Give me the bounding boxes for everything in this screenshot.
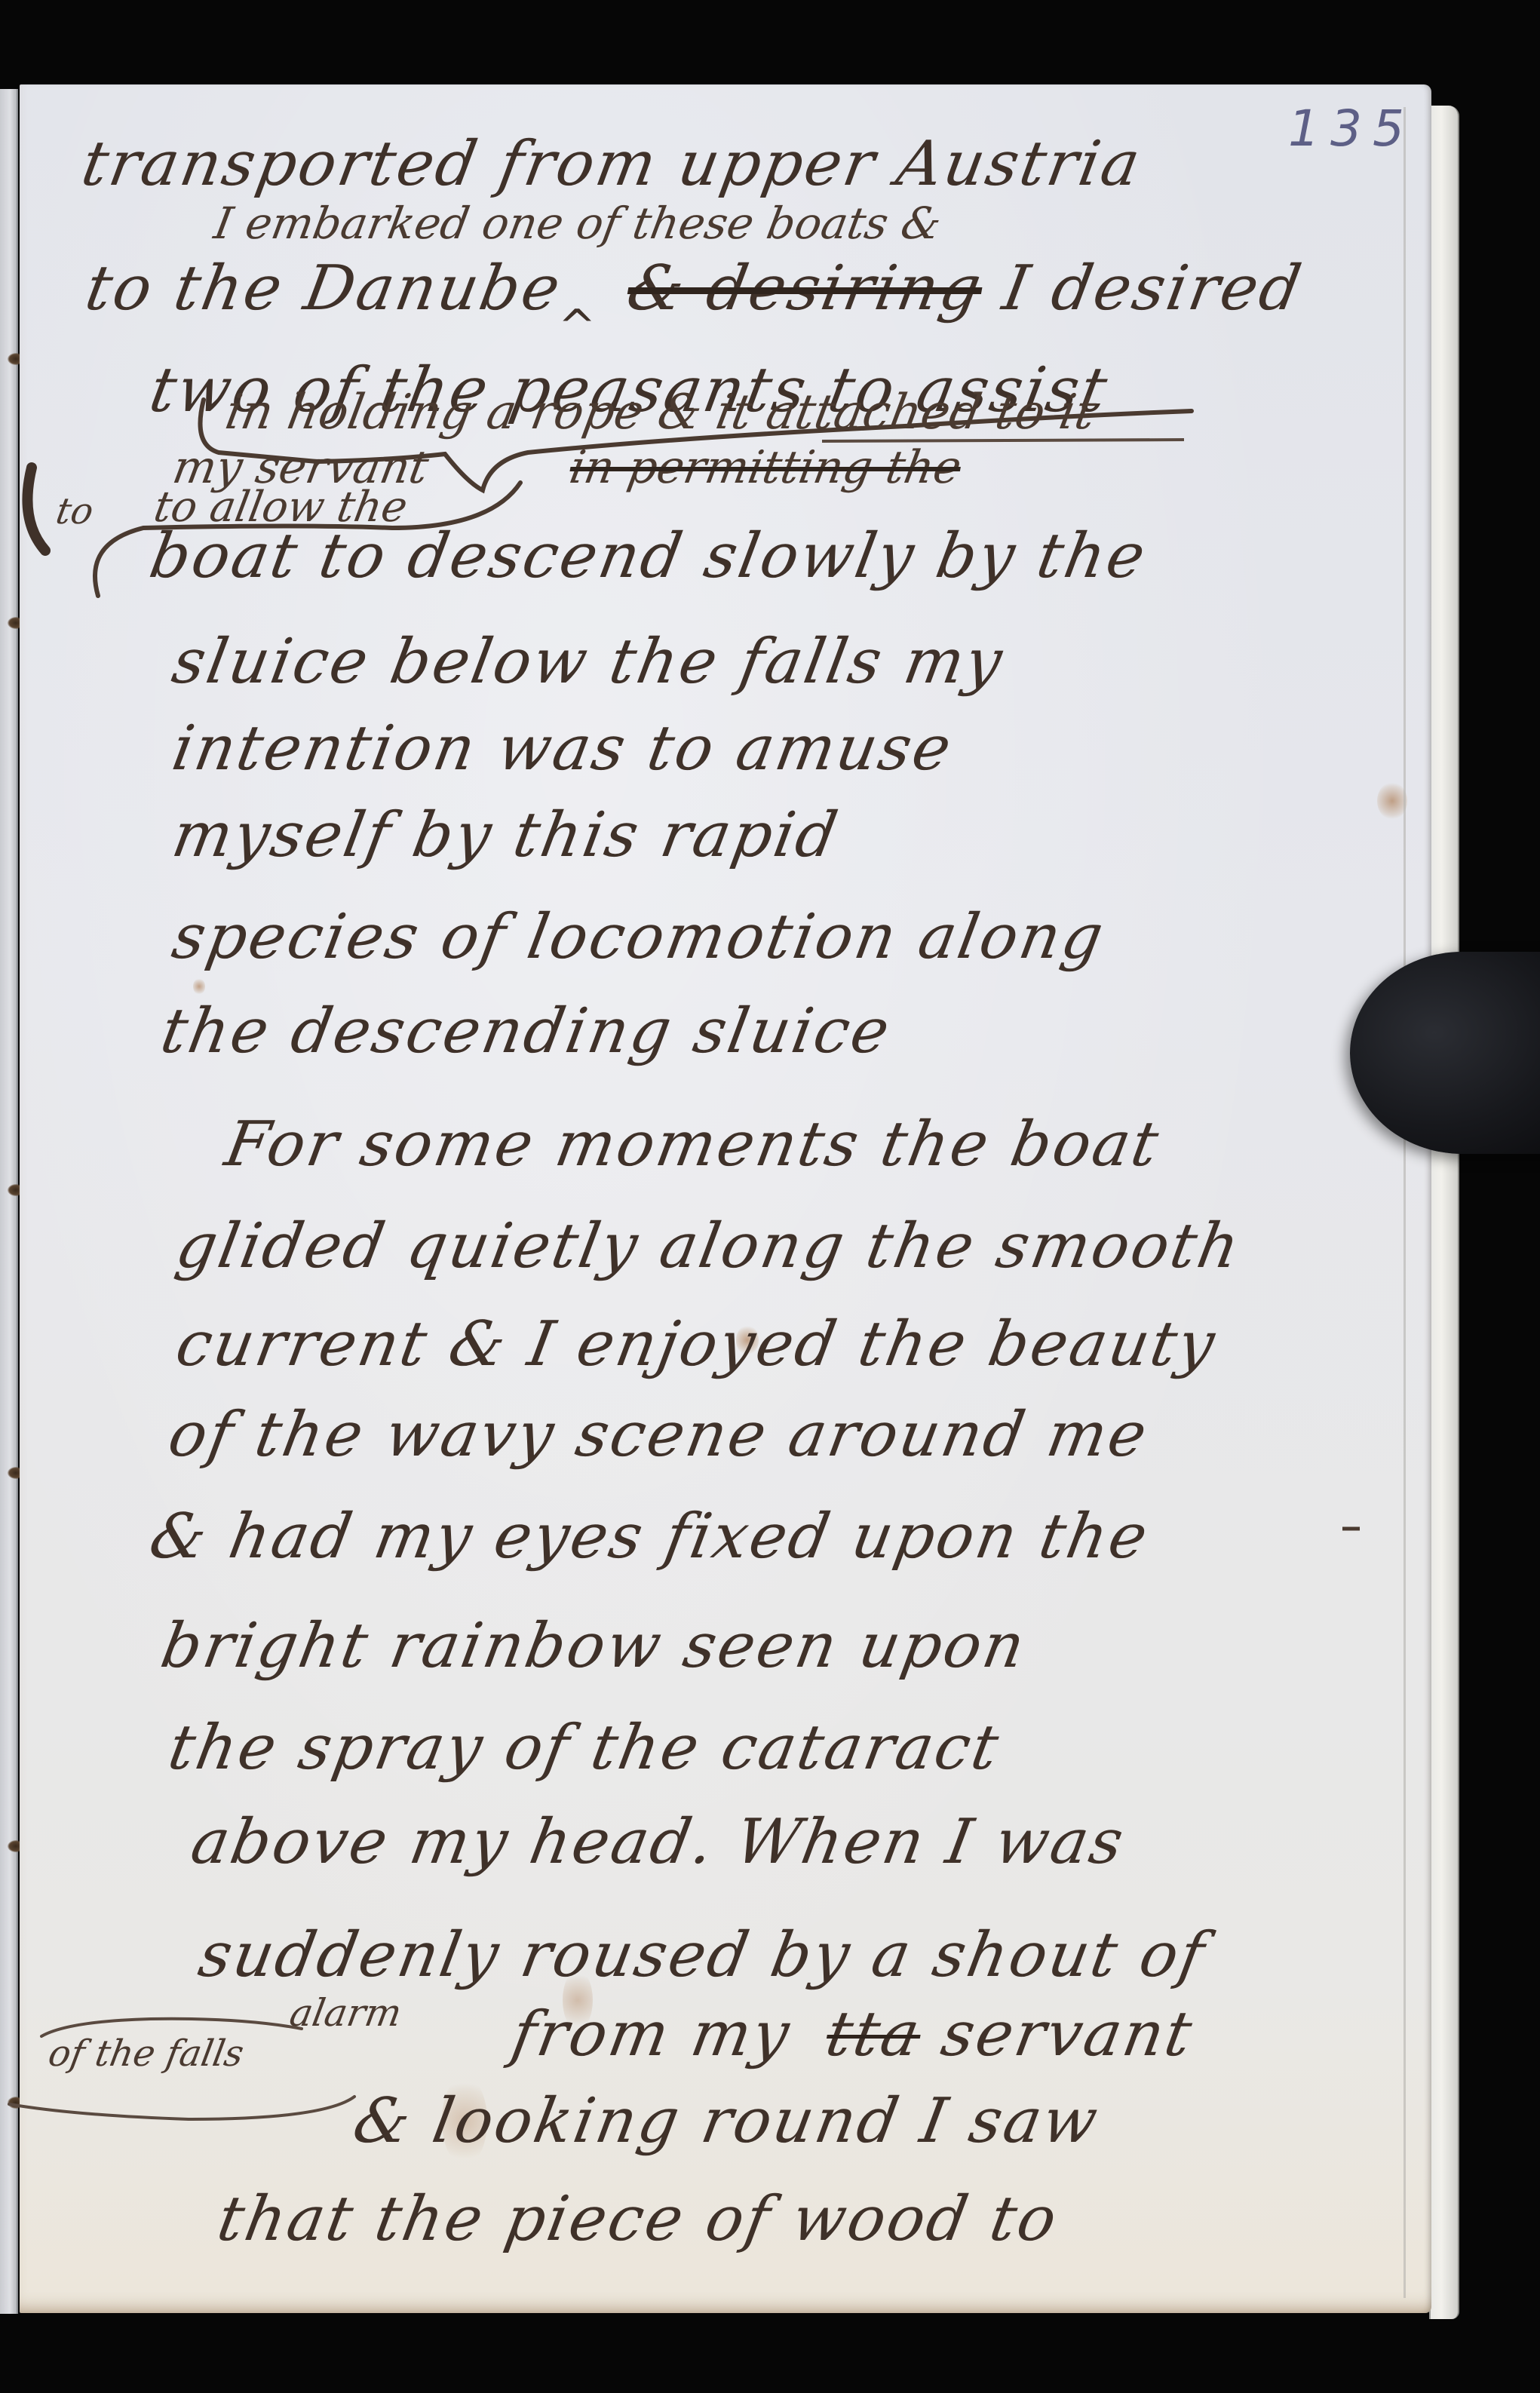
line-text: servant (936, 1999, 1199, 2070)
previous-page-edge (0, 89, 18, 2314)
manuscript-line: that the piece of wood to (213, 2183, 1064, 2255)
struck-text: tta (821, 1999, 928, 2070)
interlinear-insertion: in holding a rope & it attached to it (221, 385, 1100, 440)
foxing-spot (193, 978, 205, 995)
margin-note: to (53, 490, 97, 532)
line-text: to the Danube (81, 253, 568, 324)
manuscript-line: sluice below the falls my (167, 626, 1010, 698)
manuscript-line: of the wavy scene around me (164, 1399, 1155, 1471)
insertion-caret: ^ (558, 300, 596, 353)
manuscript-line: species of locomotion along (167, 901, 1111, 973)
manuscript-line: bright rainbow seen upon (156, 1610, 1032, 1682)
page-number: 135 (1288, 100, 1415, 158)
interlinear-insertion: I embarked one of these boats & (210, 198, 945, 249)
manuscript-line: & had my eyes fixed upon the (145, 1501, 1155, 1572)
foxing-spot (1377, 782, 1407, 820)
margin-note: of the falls (45, 2033, 247, 2075)
struck-text: in permitting the (566, 441, 965, 494)
manuscript-line: myself by this rapid (167, 799, 845, 871)
manuscript-line: transported from upper Austria (77, 128, 1147, 200)
manuscript-line: & looking round I saw (348, 2085, 1105, 2157)
manuscript-line: above my head. When I was (186, 1806, 1131, 1878)
underlying-pages-edge (1429, 106, 1459, 2319)
manuscript-line: For some moments the boat (220, 1109, 1166, 1180)
struck-text: & desiring (622, 253, 989, 324)
manuscript-line: glided quietly along the smooth (171, 1210, 1247, 1282)
scan-stage: 135 I embarked one of these boats & tran… (0, 0, 1540, 2393)
manuscript-line: intention was to amuse (167, 713, 959, 784)
manuscript-line: boat to descend slowly by the (145, 520, 1152, 592)
line-text: from my (507, 1999, 797, 2070)
manuscript-line: the descending sluice (156, 996, 897, 1067)
manuscript-line: from my tta servant (507, 1999, 1199, 2070)
manuscript-line: the spray of the cataract (164, 1712, 1006, 1784)
manuscript-line: current & I enjoyed the beauty (171, 1308, 1222, 1380)
manuscript-line: to the Danube & desiring I desired (81, 253, 1308, 324)
manuscript-line: suddenly roused by a shout of (194, 1919, 1212, 1991)
line-text: I desired (998, 253, 1308, 324)
interlinear-insertion: alarm (287, 1991, 405, 2035)
